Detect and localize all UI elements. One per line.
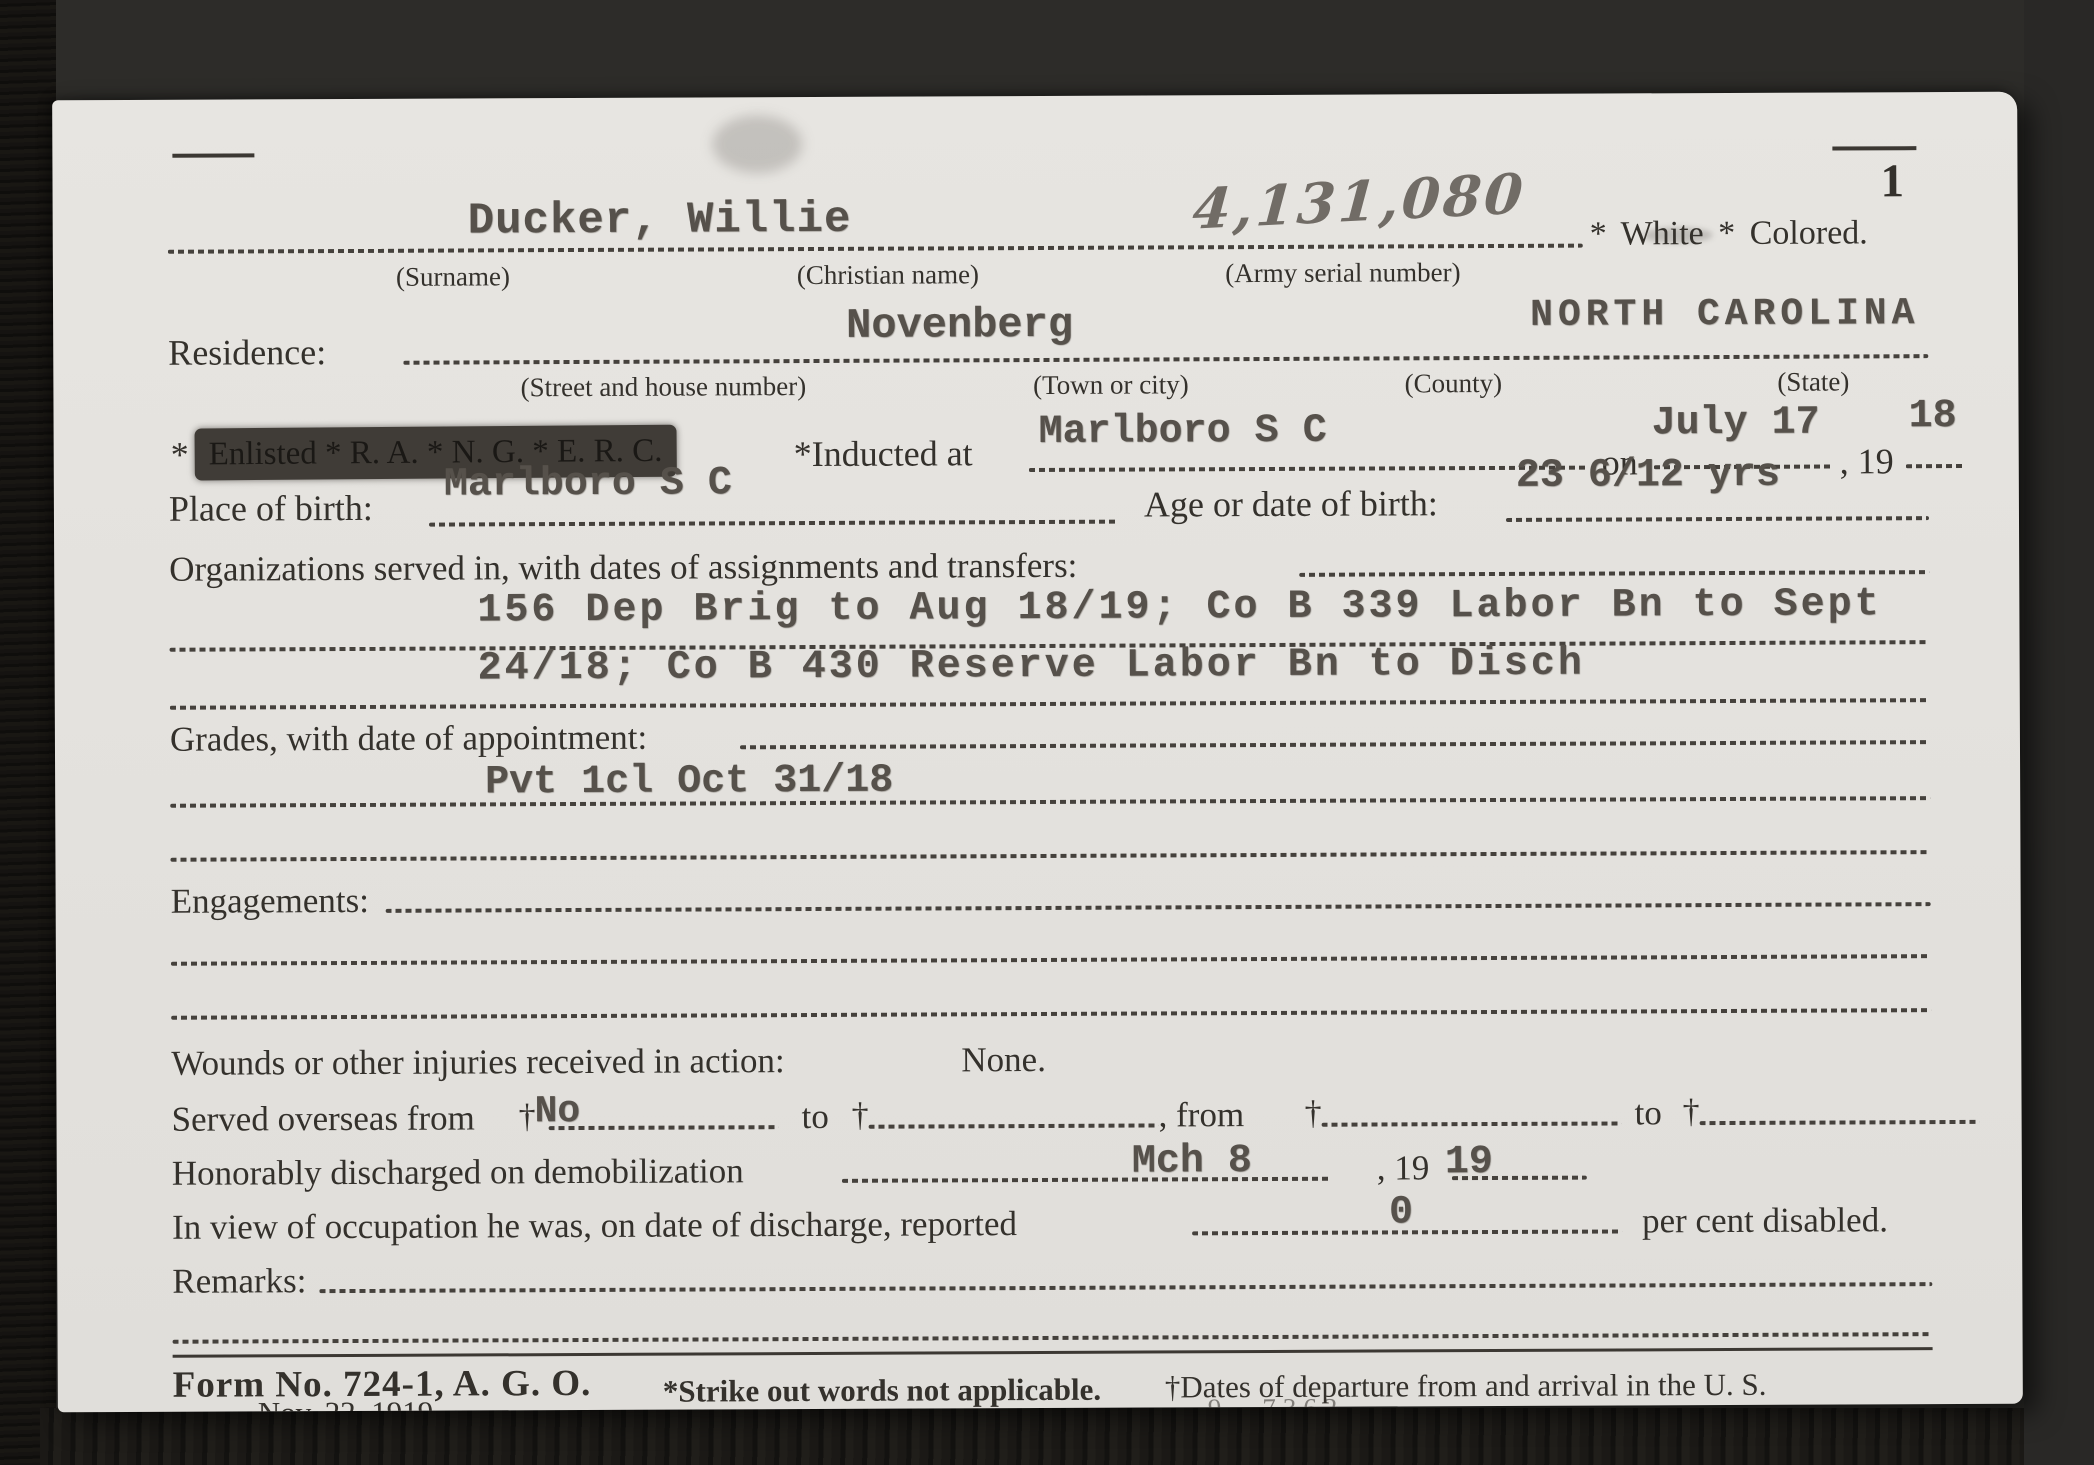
- overseas-from-value: No: [534, 1090, 580, 1133]
- residence-label: Residence:: [168, 331, 326, 374]
- dotted-line: [173, 1332, 1933, 1344]
- dotted-line: [170, 850, 1930, 862]
- dotted-line: [1299, 570, 1929, 577]
- dotted-line: [171, 1008, 1931, 1020]
- residence-state-value: NORTH CAROLINA: [1530, 292, 1919, 337]
- dotted-line: [869, 1123, 1159, 1128]
- scan-left-edge: [0, 0, 56, 1465]
- age-value: 23 6/12 yrs: [1516, 453, 1780, 499]
- dotted-line: [1029, 466, 1589, 472]
- dagger-symbol: †: [852, 1097, 869, 1135]
- state-label: (State): [1713, 366, 1913, 398]
- discharge-date-value: Mch 8: [1132, 1139, 1252, 1185]
- inducted-label: *Inducted at: [794, 432, 973, 475]
- dotted-line: [386, 902, 1931, 913]
- disability-label: In view of occupation he was, on date of…: [172, 1204, 1017, 1248]
- disability-value: 0: [1389, 1190, 1413, 1235]
- dotted-line: [740, 740, 1930, 749]
- dotted-line: [1506, 516, 1929, 522]
- residence-town-value: Novenberg: [846, 301, 1073, 350]
- overseas-label: Served overseas from: [172, 1098, 475, 1139]
- overseas-to-label2: to: [1634, 1093, 1661, 1133]
- place-of-birth-label: Place of birth:: [169, 487, 373, 530]
- overseas-from-label: , from: [1158, 1095, 1244, 1135]
- discharge-year-value: 19: [1445, 1140, 1493, 1185]
- county-label: (County): [1343, 368, 1563, 400]
- dotted-line: [319, 1282, 1932, 1293]
- dotted-line: [1700, 1120, 1980, 1125]
- engagements-label: Engagements:: [171, 881, 369, 922]
- inducted-place-value: Marlboro S C: [1039, 409, 1327, 455]
- dotted-line: [1322, 1121, 1622, 1126]
- disability-suffix: per cent disabled.: [1642, 1200, 1888, 1241]
- service-record-card: 1 Ducker, Willie 4,131,080 * White * Col…: [52, 92, 2023, 1413]
- grades-value: Pvt 1cl Oct 31/18: [485, 759, 893, 806]
- dotted-line: [842, 1177, 1332, 1183]
- enlisted-asterisk: *: [171, 434, 189, 476]
- scan-bottom-edge: [40, 1408, 2094, 1465]
- top-left-mark: [172, 153, 254, 157]
- dotted-line: [403, 354, 1928, 365]
- surname-label: (Surname): [348, 261, 558, 293]
- induction-year-value: 18: [1908, 394, 1956, 439]
- organizations-line2: 24/18; Co B 430 Reserve Labor Bn to Disc…: [478, 642, 1585, 692]
- dagger-symbol: †: [519, 1098, 536, 1136]
- street-label: (Street and house number): [483, 371, 843, 404]
- organizations-line1: 156 Dep Brig to Aug 18/19; Co B 339 Labo…: [477, 582, 1881, 633]
- scanned-document-background: 1 Ducker, Willie 4,131,080 * White * Col…: [0, 0, 2094, 1465]
- organizations-label: Organizations served in, with dates of a…: [169, 546, 1077, 590]
- age-label: Age or date of birth:: [1144, 482, 1438, 525]
- serial-number-label: (Army serial number): [1188, 257, 1498, 289]
- remarks-label: Remarks:: [172, 1261, 306, 1302]
- name-value: Ducker, Willie: [468, 195, 852, 247]
- christian-name-label: (Christian name): [743, 259, 1033, 291]
- wounds-label: Wounds or other injuries received in act…: [171, 1041, 785, 1084]
- dotted-line: [549, 1125, 779, 1130]
- scan-right-edge: [2024, 0, 2094, 1465]
- induction-date-value: July 17: [1651, 401, 1819, 447]
- grades-label: Grades, with date of appointment:: [170, 718, 647, 760]
- year-19-printed: , 19: [1840, 440, 1894, 482]
- overseas-to-label: to: [802, 1097, 829, 1137]
- strike-note: *Strike out words not applicable.: [663, 1372, 1102, 1410]
- ink-smudge: [712, 115, 802, 173]
- town-label: (Town or city): [983, 369, 1238, 401]
- dotted-line: [429, 520, 1119, 527]
- dagger-symbol: †: [1682, 1093, 1699, 1131]
- dotted-line: [171, 954, 1931, 966]
- race-options: * White * Colored.: [1590, 214, 1868, 253]
- page-number: 1: [1880, 154, 1904, 208]
- serial-number-handwritten: 4,131,080: [1190, 160, 1528, 241]
- footer-rule: [173, 1347, 1933, 1358]
- dotted-line: [1906, 464, 1964, 468]
- dotted-line: [168, 244, 1583, 254]
- dagger-symbol: †: [1304, 1095, 1321, 1133]
- page-number-rule: [1832, 146, 1916, 150]
- dotted-line: [170, 796, 1930, 808]
- place-of-birth-value: Marlboro S C: [444, 461, 732, 507]
- form-date: Nov. 22, 1919.: [258, 1395, 441, 1413]
- dotted-line: [170, 698, 1930, 710]
- discharge-label: Honorably discharged on demobilization: [172, 1151, 744, 1193]
- discharge-year-printed: , 19: [1377, 1148, 1430, 1188]
- wounds-value: None.: [961, 1040, 1046, 1080]
